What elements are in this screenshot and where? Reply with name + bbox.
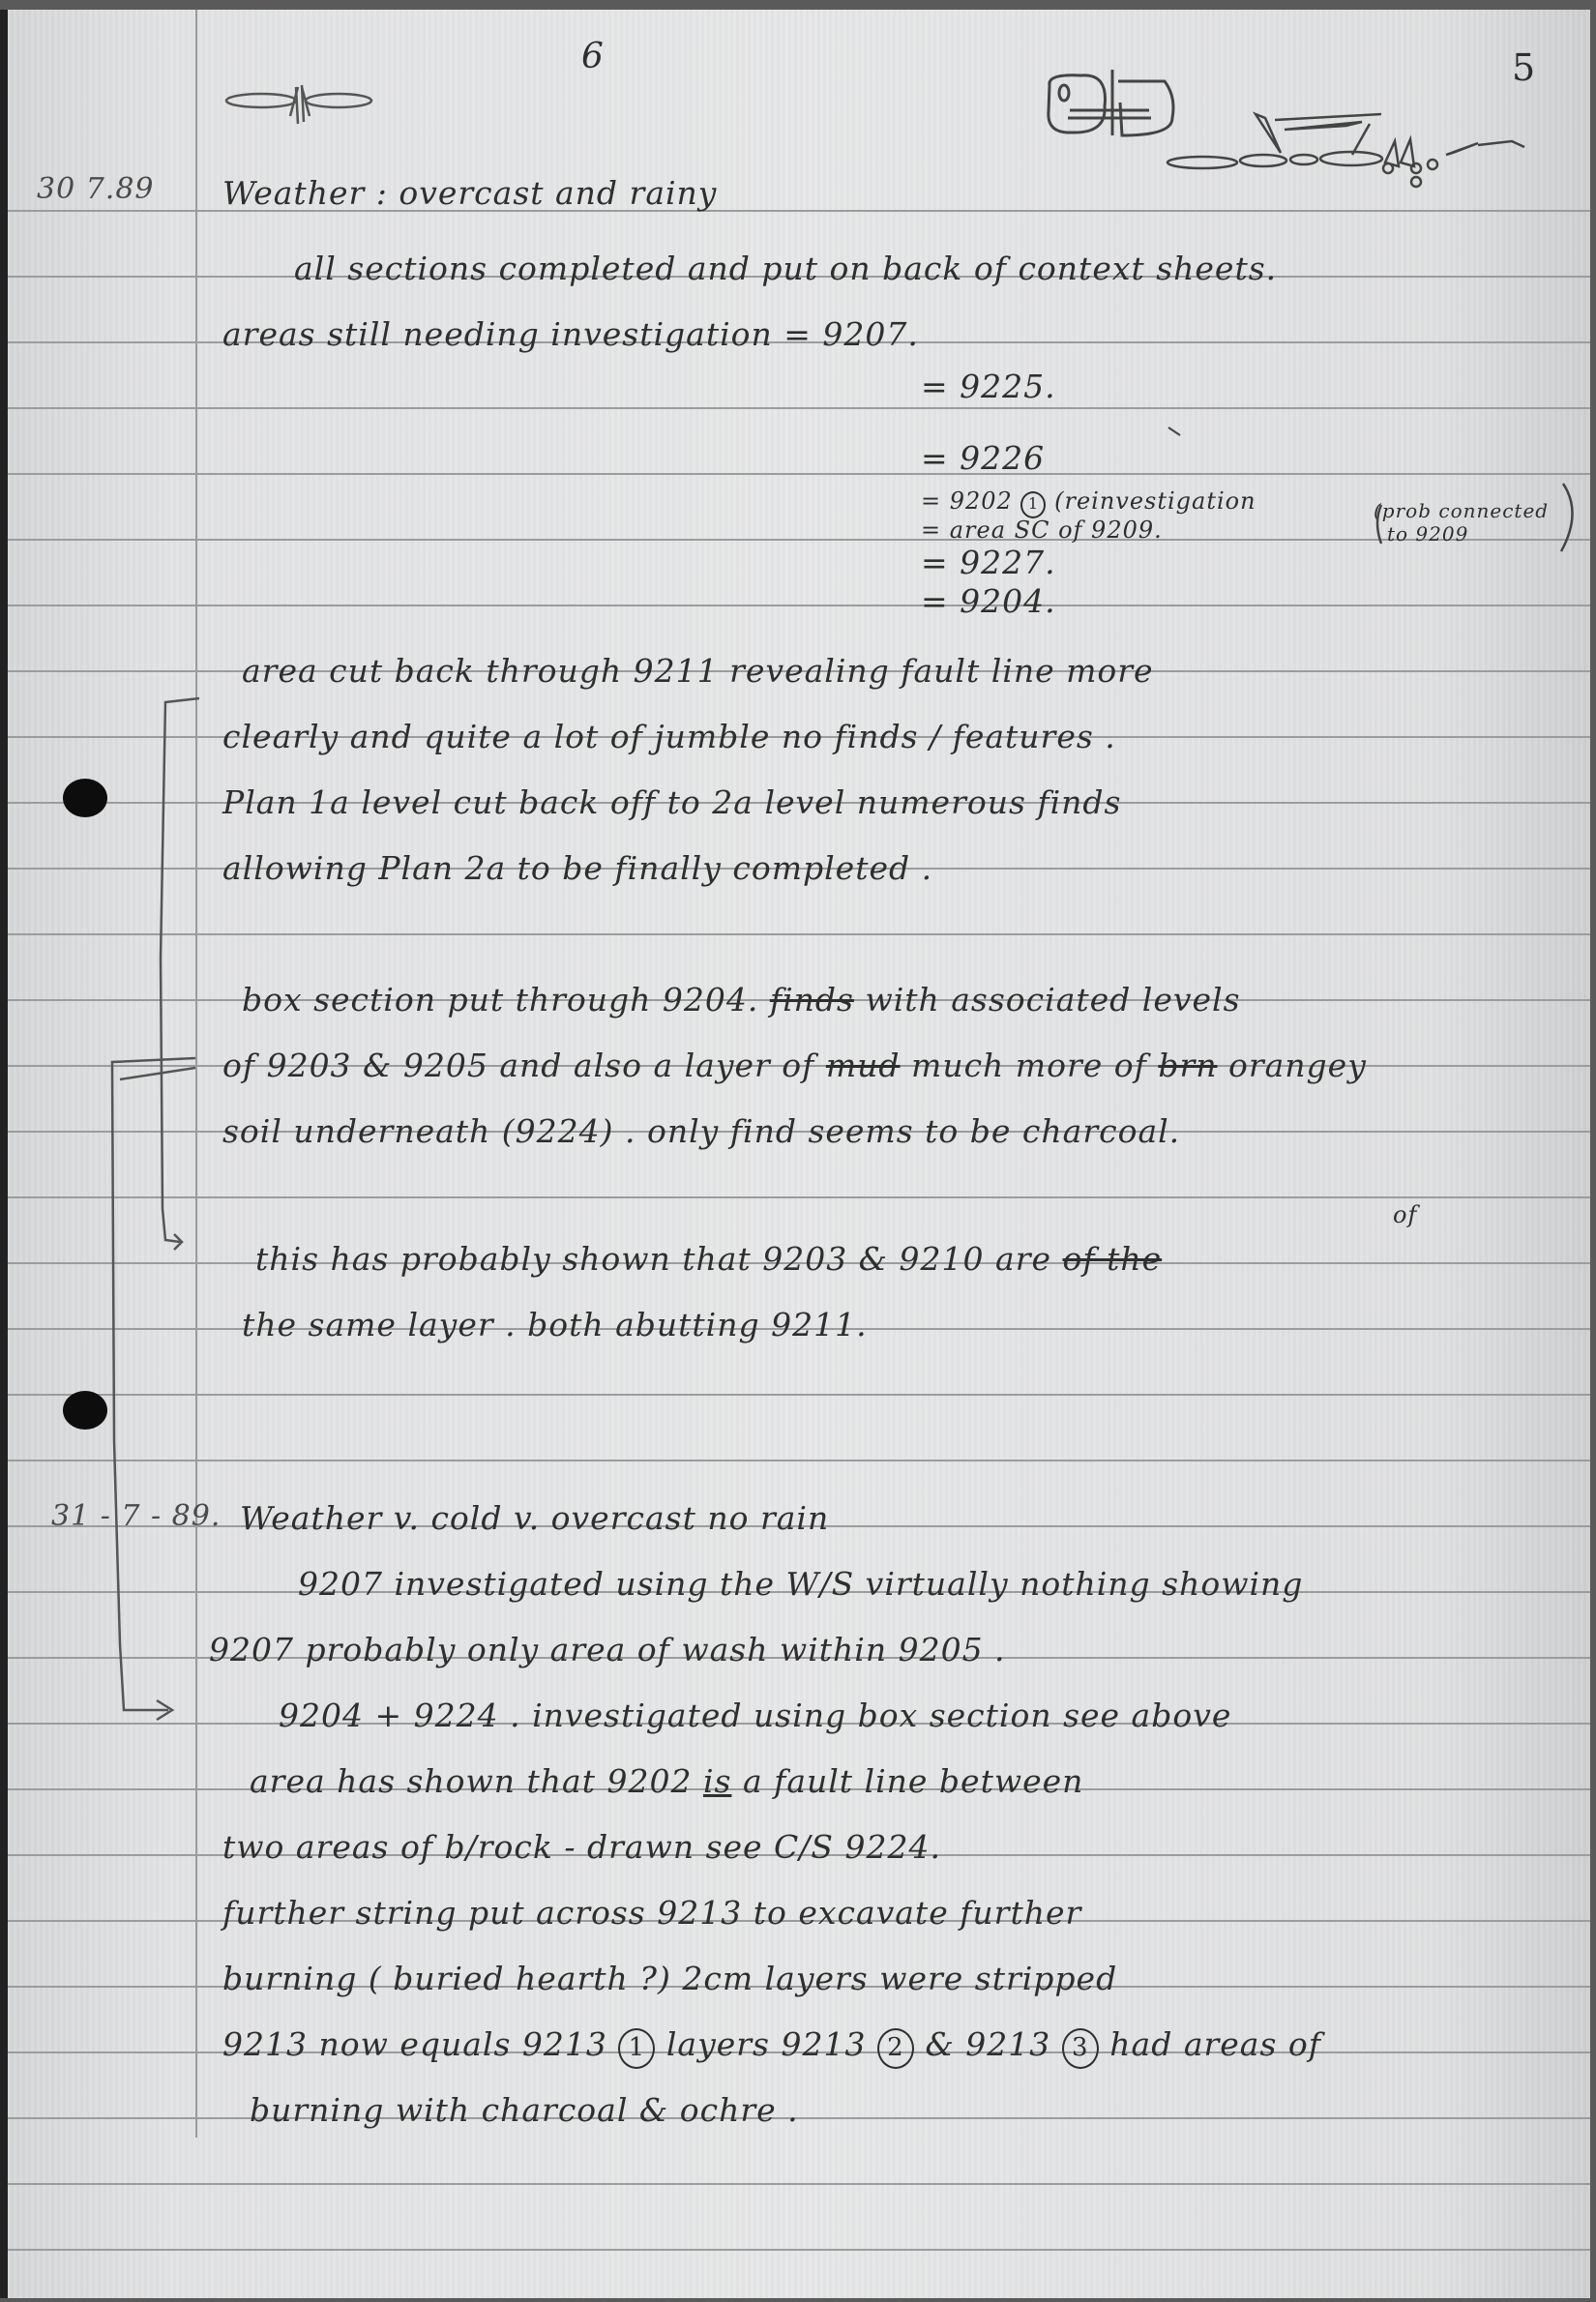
notebook-page: 6 5 <box>8 10 1590 2298</box>
bracket-icon <box>1377 484 1573 551</box>
bracket-arrow-icon <box>112 1058 195 1720</box>
bracket-arrow-icon <box>161 698 199 1250</box>
tick-mark <box>1168 428 1180 435</box>
margin-annotations <box>8 10 1590 2298</box>
